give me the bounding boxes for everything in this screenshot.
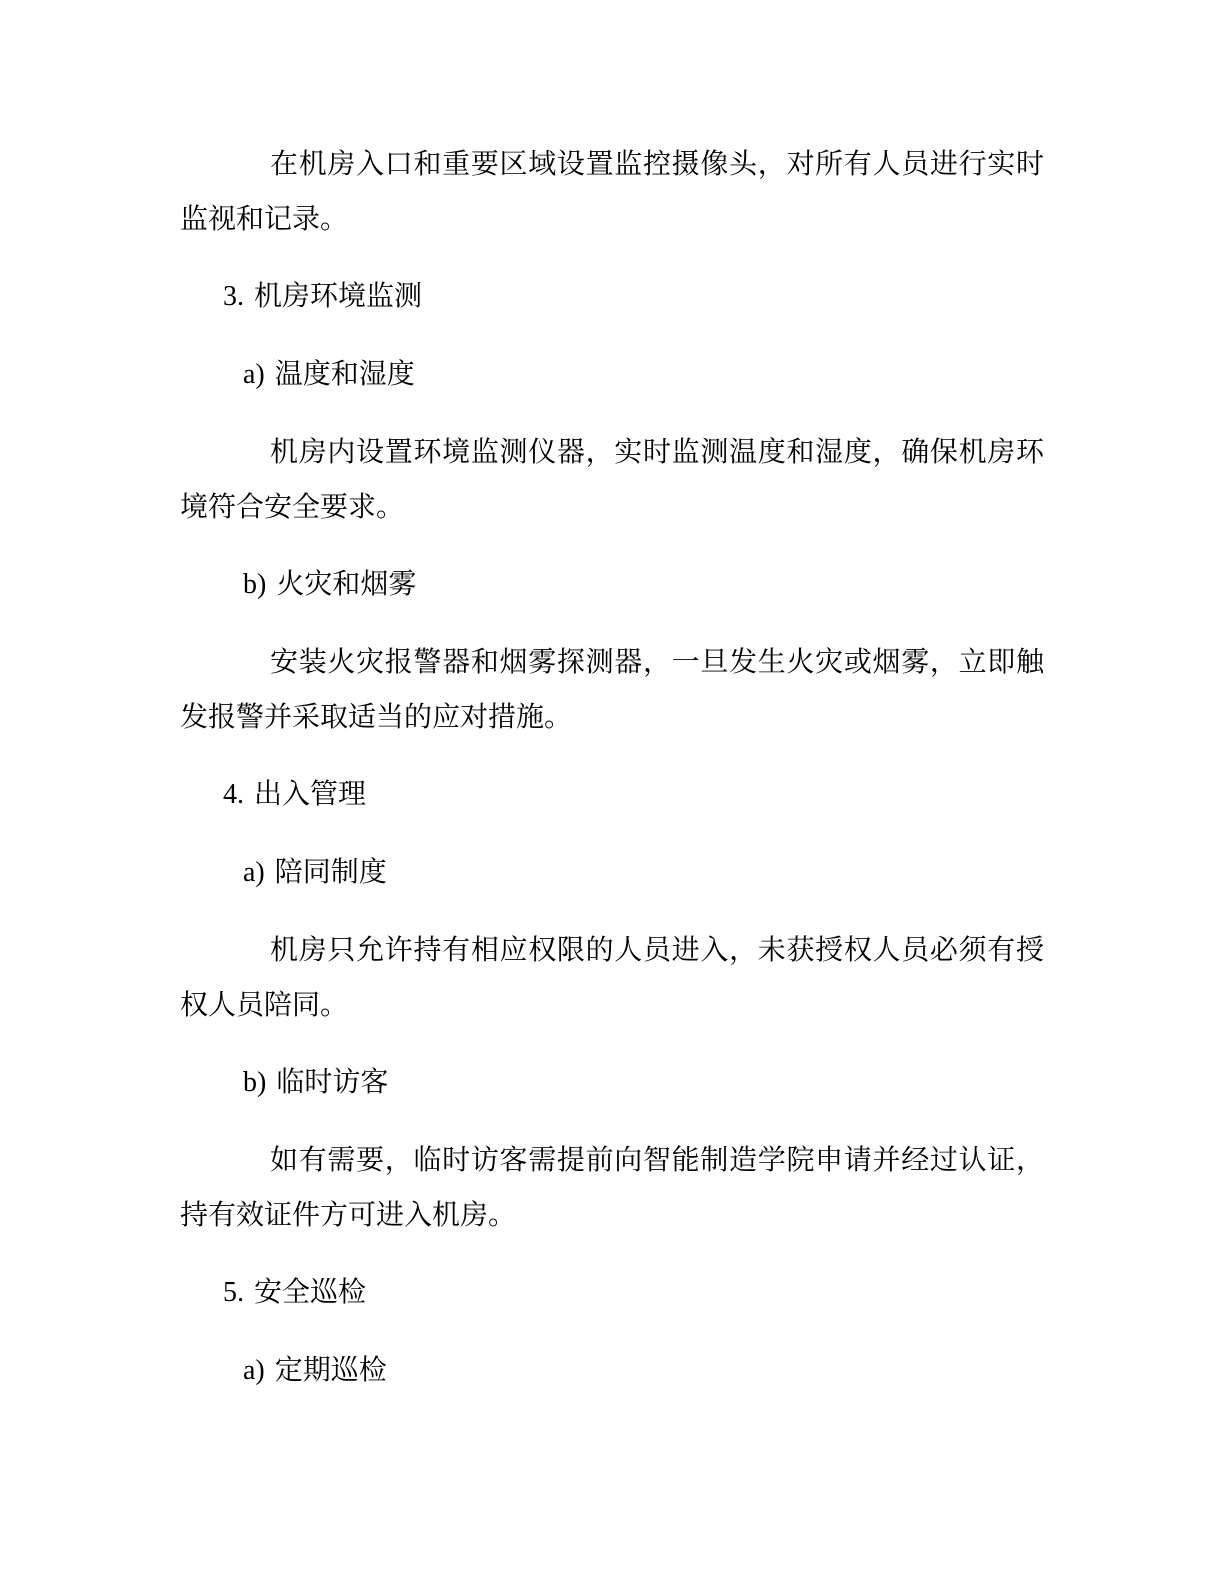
subsection-heading-label: 陪同制度 bbox=[275, 856, 387, 887]
section-number: 3. bbox=[223, 281, 244, 312]
section-heading-label: 机房环境监测 bbox=[254, 280, 422, 311]
body-paragraph: 机房内设置环境监测仪器，实时监测温度和湿度，确保机房环境符合安全要求。 bbox=[180, 424, 1044, 534]
subsection-letter: b) bbox=[243, 1067, 266, 1098]
subsection-letter: b) bbox=[243, 569, 266, 600]
subsection-heading-label: 临时访客 bbox=[276, 1066, 388, 1097]
section-heading: 4.出入管理 bbox=[223, 766, 1044, 822]
body-paragraph: 机房只允许持有相应权限的人员进入，未获授权人员必须有授权人员陪同。 bbox=[180, 922, 1044, 1032]
subsection-heading: a)温度和湿度 bbox=[243, 346, 1044, 402]
section-heading: 5.安全巡检 bbox=[223, 1264, 1044, 1320]
subsection-heading-label: 温度和湿度 bbox=[275, 358, 415, 389]
subsection-heading: b)临时访客 bbox=[243, 1054, 1044, 1110]
section-heading-label: 出入管理 bbox=[254, 778, 366, 809]
body-paragraph: 安装火灾报警器和烟雾探测器，一旦发生火灾或烟雾，立即触发报警并采取适当的应对措施… bbox=[180, 634, 1044, 744]
document-page: 在机房入口和重要区域设置监控摄像头，对所有人员进行实时监视和记录。 3.机房环境… bbox=[0, 0, 1224, 1584]
subsection-heading: a)陪同制度 bbox=[243, 844, 1044, 900]
section-heading: 3.机房环境监测 bbox=[223, 268, 1044, 324]
body-paragraph: 在机房入口和重要区域设置监控摄像头，对所有人员进行实时监视和记录。 bbox=[180, 136, 1044, 246]
subsection-letter: a) bbox=[243, 857, 265, 888]
section-number: 5. bbox=[223, 1277, 244, 1308]
subsection-letter: a) bbox=[243, 1355, 265, 1386]
subsection-heading: b)火灾和烟雾 bbox=[243, 556, 1044, 612]
section-heading-label: 安全巡检 bbox=[254, 1276, 366, 1307]
subsection-heading: a)定期巡检 bbox=[243, 1342, 1044, 1398]
body-paragraph: 如有需要，临时访客需提前向智能制造学院申请并经过认证，持有效证件方可进入机房。 bbox=[180, 1132, 1044, 1242]
subsection-letter: a) bbox=[243, 359, 265, 390]
subsection-heading-label: 火灾和烟雾 bbox=[276, 568, 416, 599]
section-number: 4. bbox=[223, 779, 244, 810]
subsection-heading-label: 定期巡检 bbox=[275, 1354, 387, 1385]
